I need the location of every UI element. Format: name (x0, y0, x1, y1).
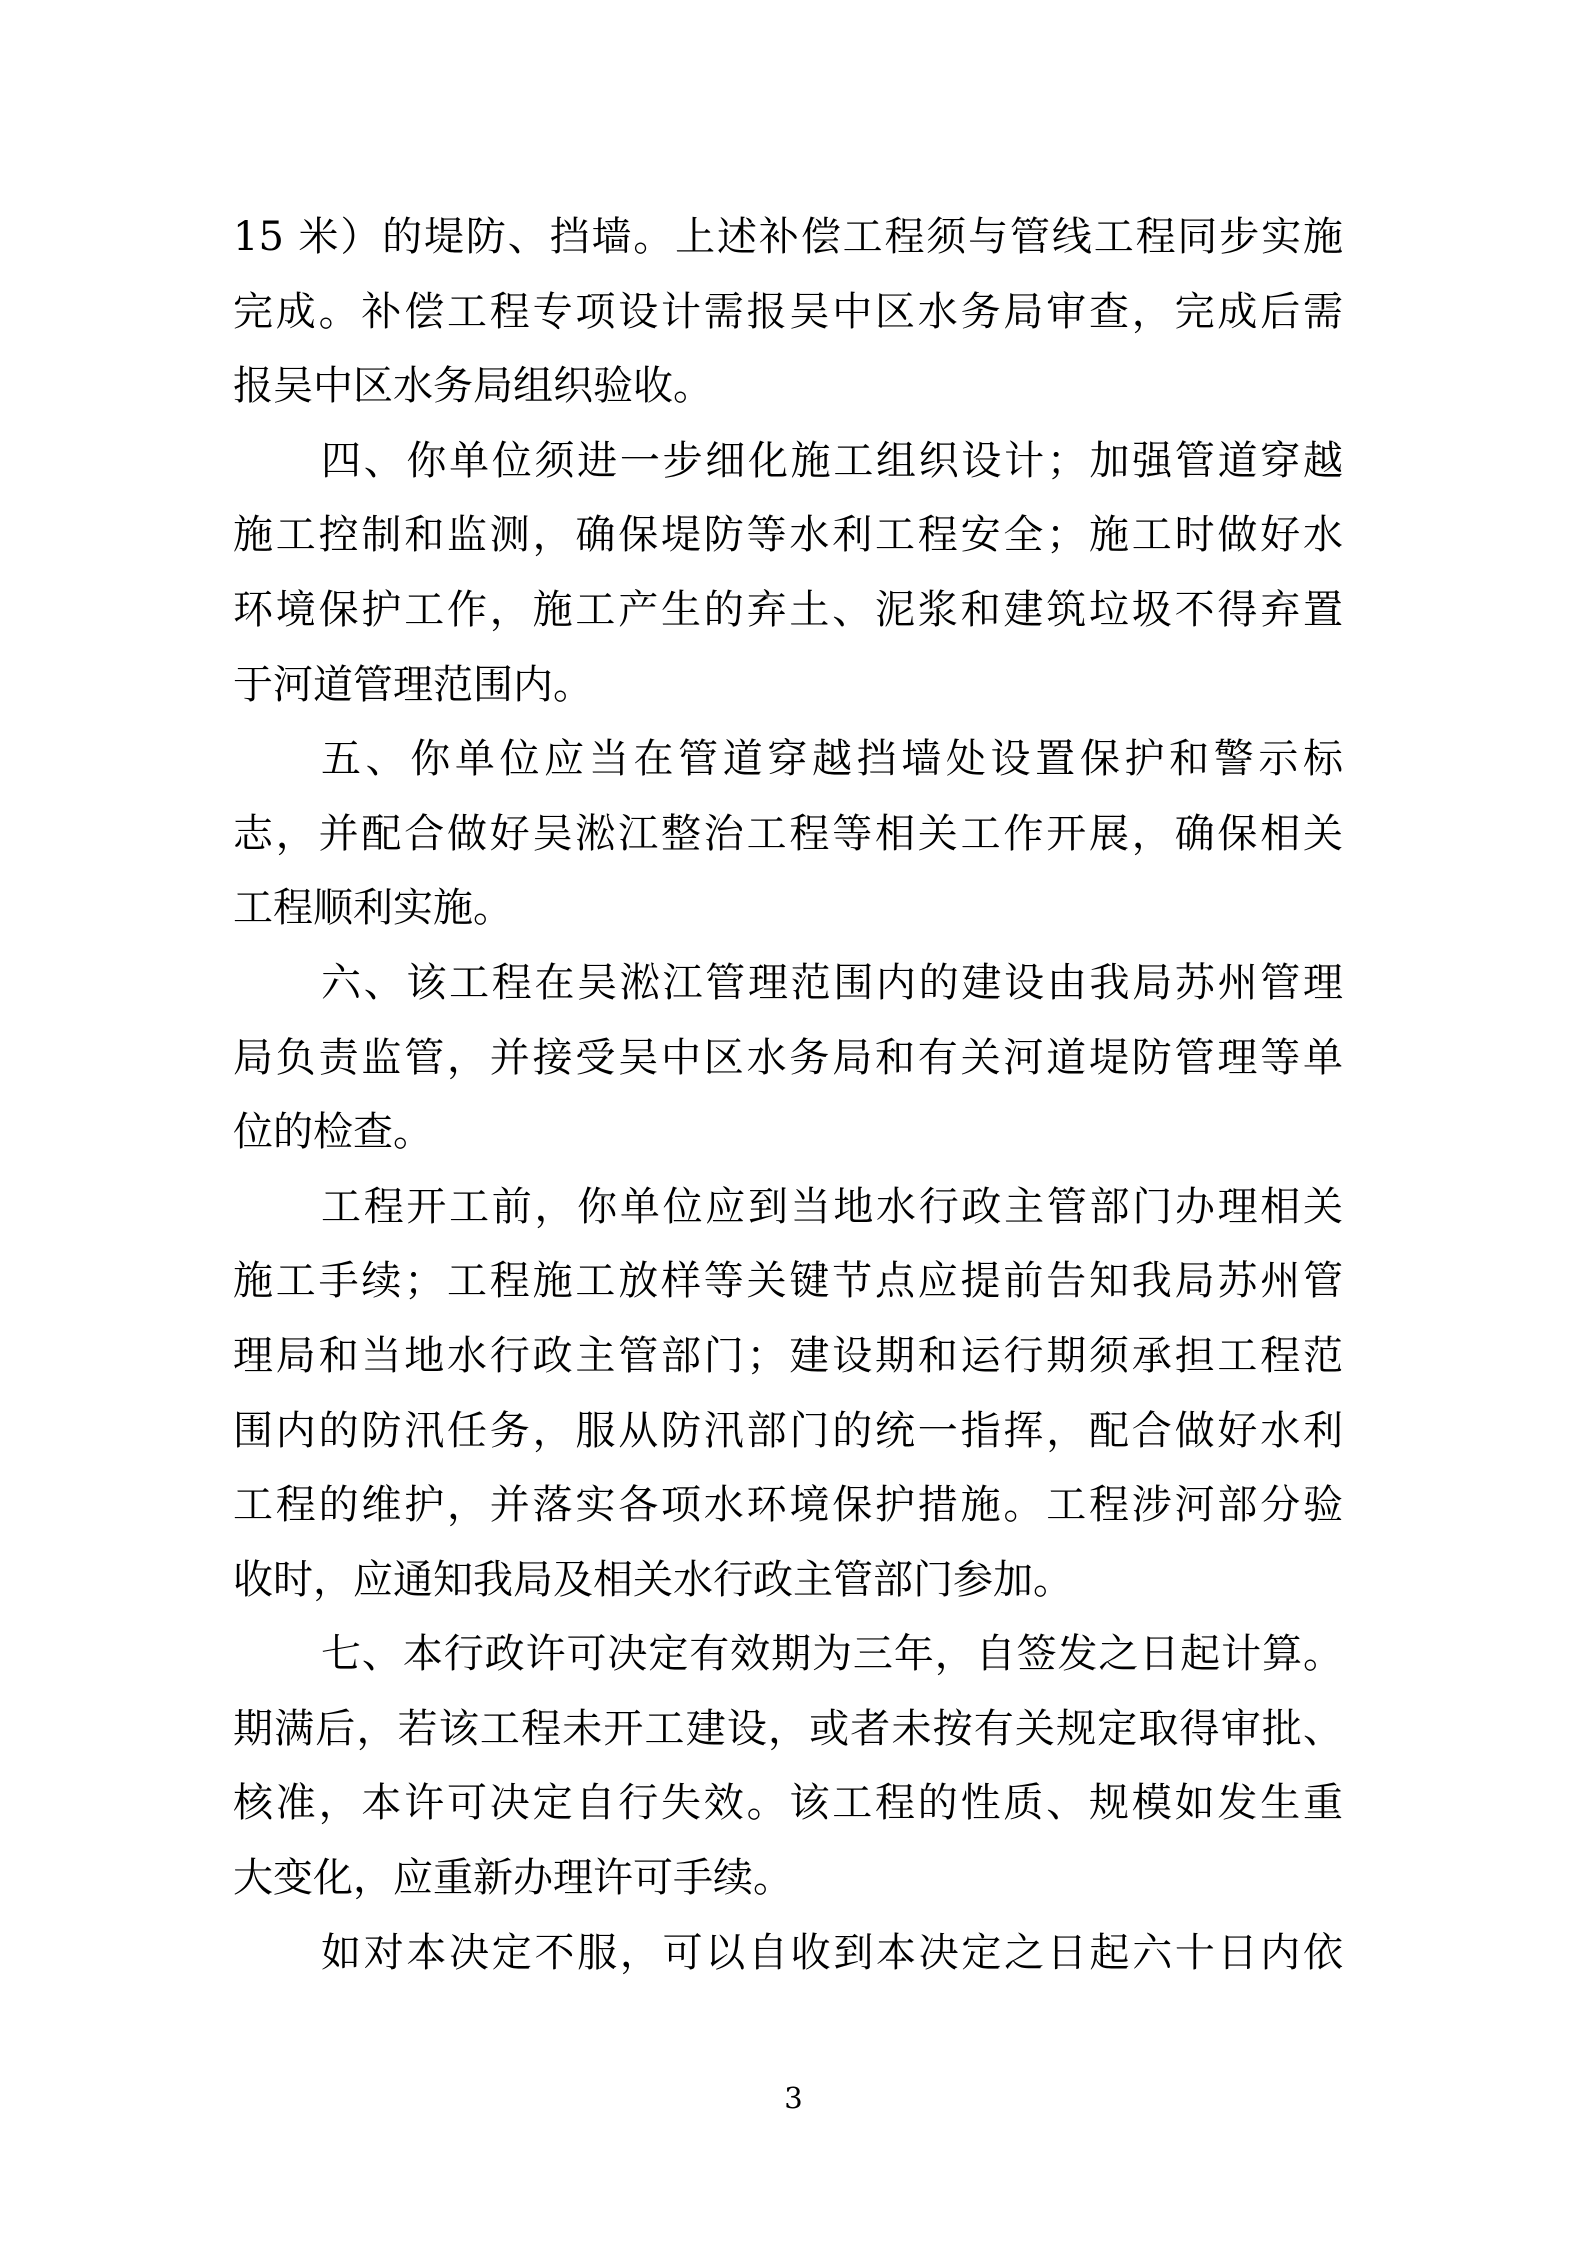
text-line: 五、你单位应当在管道穿越挡墙处设置保护和警示标 (233, 722, 1343, 797)
text-line: 工程顺利实施。 (233, 871, 1343, 946)
text-line: 七、本行政许可决定有效期为三年，自签发之日起计算。 (233, 1617, 1343, 1692)
text-line: 施工手续；工程施工放样等关键节点应提前告知我局苏州管 (233, 1244, 1343, 1319)
text-line: 位的检查。 (233, 1095, 1343, 1170)
text-line: 核准，本许可决定自行失效。该工程的性质、规模如发生重 (233, 1766, 1343, 1841)
page-number: 3 (0, 2083, 1587, 2113)
text-line: 于河道管理范围内。 (233, 648, 1343, 723)
document-page: 15 米）的堤防、挡墙。上述补偿工程须与管线工程同步实施 完成。补偿工程专项设计… (0, 0, 1587, 2245)
text-line: 施工控制和监测，确保堤防等水利工程安全；施工时做好水 (233, 498, 1343, 573)
text-line: 局负责监管，并接受吴中区水务局和有关河道堤防管理等单 (233, 1021, 1343, 1096)
text-line: 工程开工前，你单位应到当地水行政主管部门办理相关 (233, 1170, 1343, 1245)
text-line: 如对本决定不服，可以自收到本决定之日起六十日内依 (233, 1916, 1343, 1991)
text-line: 完成。补偿工程专项设计需报吴中区水务局审查，完成后需 (233, 275, 1343, 350)
text-line: 15 米）的堤防、挡墙。上述补偿工程须与管线工程同步实施 (233, 200, 1343, 275)
text-line: 围内的防汛任务，服从防汛部门的统一指挥，配合做好水利 (233, 1394, 1343, 1469)
text-line: 四、你单位须进一步细化施工组织设计；加强管道穿越 (233, 424, 1343, 499)
text-line: 环境保护工作，施工产生的弃土、泥浆和建筑垃圾不得弃置 (233, 573, 1343, 648)
text-line: 志，并配合做好吴淞江整治工程等相关工作开展，确保相关 (233, 797, 1343, 872)
text-line: 大变化，应重新办理许可手续。 (233, 1841, 1343, 1916)
text-line: 工程的维护，并落实各项水环境保护措施。工程涉河部分验 (233, 1468, 1343, 1543)
document-body: 15 米）的堤防、挡墙。上述补偿工程须与管线工程同步实施 完成。补偿工程专项设计… (233, 200, 1343, 1990)
text-line: 收时，应通知我局及相关水行政主管部门参加。 (233, 1543, 1343, 1618)
text-line: 报吴中区水务局组织验收。 (233, 349, 1343, 424)
text-line: 理局和当地水行政主管部门；建设期和运行期须承担工程范 (233, 1319, 1343, 1394)
text-line: 六、该工程在吴淞江管理范围内的建设由我局苏州管理 (233, 946, 1343, 1021)
text-line: 期满后，若该工程未开工建设，或者未按有关规定取得审批、 (233, 1692, 1343, 1767)
